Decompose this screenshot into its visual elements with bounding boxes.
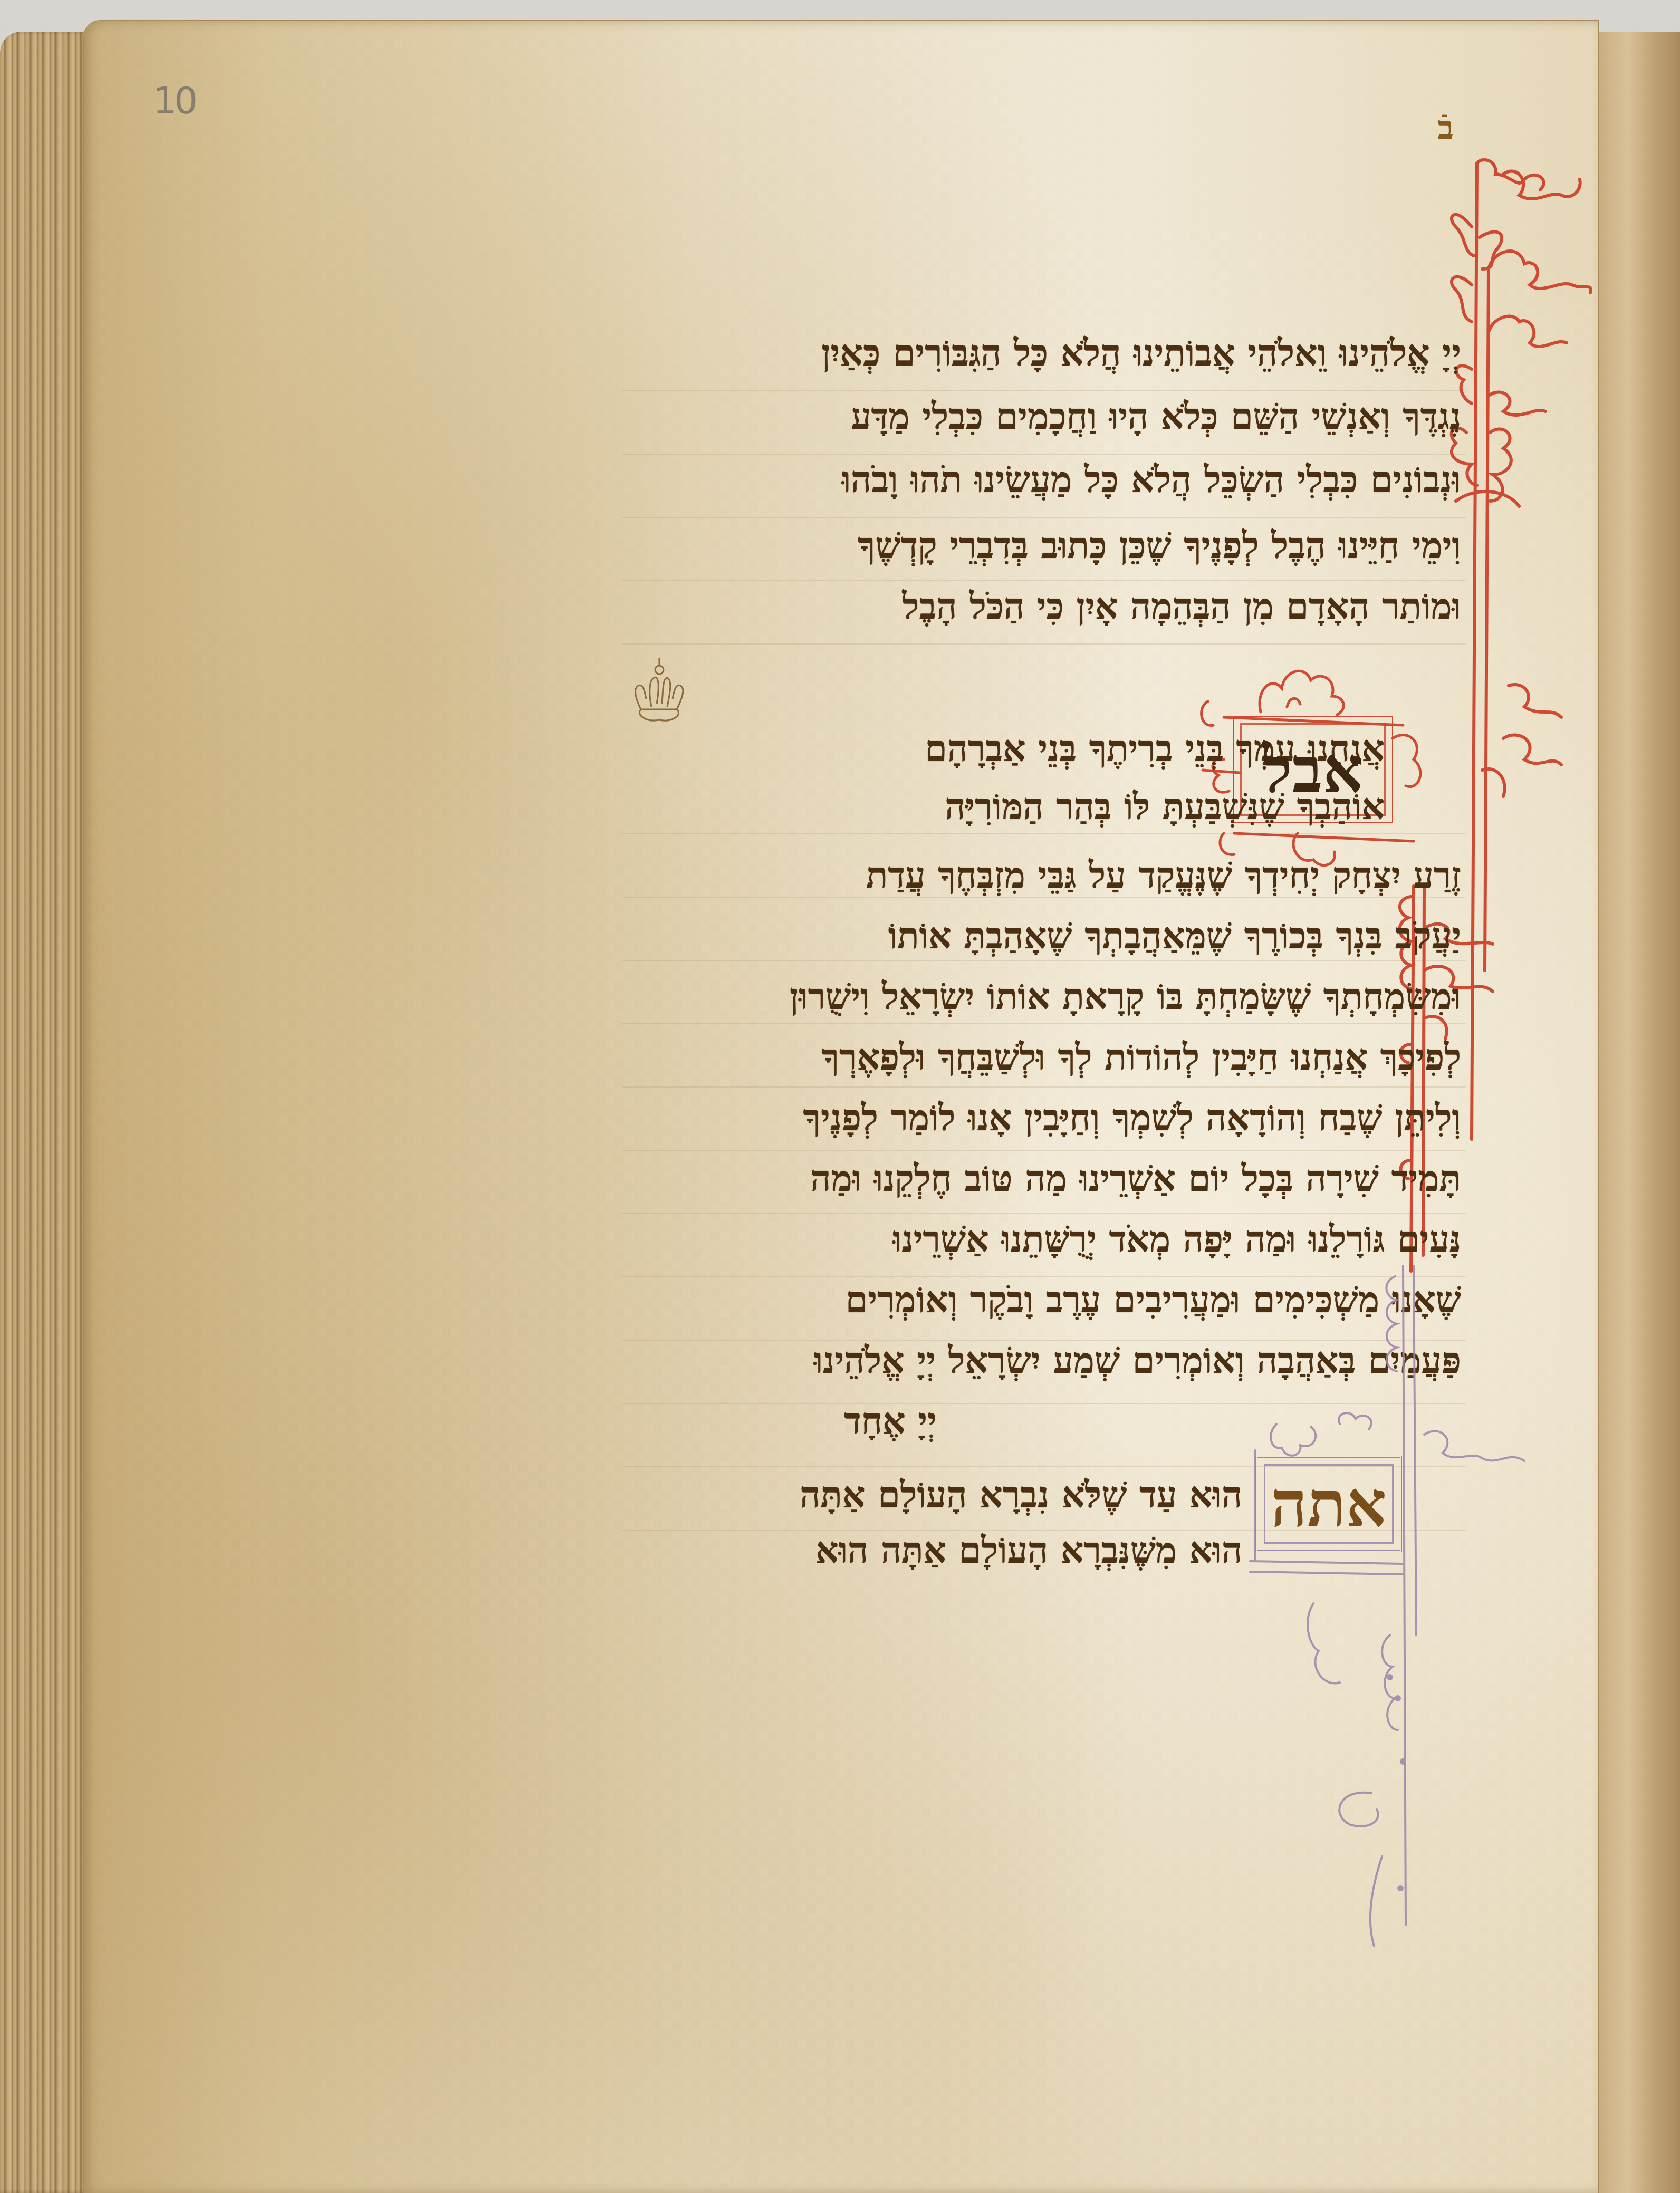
text-line: וִימֵי חַיֵּינוּ הֶבֶל לְפָנֶיךָ שֶׁכֵּן… [858, 522, 1461, 570]
text-line: נֶגְדֶּךָ וְאַנְשֵׁי הַשֵּׁם כְּלֹא הָיו… [851, 393, 1461, 440]
text-line: וּנְבוֹנִים כִּבְלִי הַשְׂכֵּל הֲלֹא כָּ… [842, 456, 1461, 504]
text-line: תָּמִיד שִׁירָה בְּכָל יוֹם אַשְׁרֵינוּ … [810, 1155, 1461, 1203]
text-line: יְיָ אֱלֹהֵינוּ וֵאלֹהֵי אֲבוֹתֵינוּ הֲל… [821, 330, 1461, 377]
text-line: יַעֲקֹב בִּנְךָ בְּכוֹרֶךָ שֶׁמֵּאַהֲבָת… [888, 912, 1461, 960]
text-block-3: הוּא עַד שֶׁלֹּא נִבְרָא הָעוֹלָם אַתָּה… [636, 1471, 1242, 1588]
text-line: הוּא עַד שֶׁלֹּא נִבְרָא הָעוֹלָם אַתָּה [800, 1471, 1242, 1519]
text-line: וּמִשִּׂמְחָתְךָ שֶׁשָּׂמַחְתָּ בּוֹ קָר… [790, 973, 1461, 1021]
text-line: לְפִיכָךְ אֲנַחְנוּ חַיָּבִין לְהוֹדוֹת … [822, 1034, 1461, 1081]
text-line: נָּעִים גּוֹרָלֵנוּ וּמַה יָּפָה מְאֹד י… [892, 1216, 1461, 1263]
folio-number: 10 [153, 79, 196, 122]
text-line: וּמוֹתַר הָאָדָם מִן הַבְּהֵמָה אָיִן כִ… [903, 583, 1461, 630]
text-line: זֶרַע יִצְחָק יְחִידְךָ שֶׁנֶּעֱקַד עַל … [866, 852, 1461, 899]
crown-ornament-icon [630, 657, 688, 725]
catchword: בֿ [1437, 108, 1454, 148]
initial-word: אבל [1262, 733, 1363, 807]
initial-word: אתה [1271, 1467, 1386, 1541]
page-stack-edge [0, 32, 95, 2193]
illuminated-initial-atah: אתה [1255, 1456, 1402, 1552]
purple-flourish-border-icon [1182, 1266, 1551, 2057]
text-line: וְלִיתֵּן שֶׁבַח וְהוֹדָאָה לְשִׁמְךָ וְ… [803, 1094, 1461, 1142]
text-block-2-tail: יְיָ אֶחָד [844, 1398, 1055, 1450]
text-block-1: יְיָ אֱלֹהֵינוּ וֵאלֹהֵי אֲבוֹתֵינוּ הֲל… [617, 330, 1461, 646]
text-line: הוּא מִשֶּׁנִּבְרָא הָעוֹלָם אַתָּה הוּא [815, 1527, 1242, 1574]
text-line: יְיָ אֶחָד [844, 1398, 937, 1445]
